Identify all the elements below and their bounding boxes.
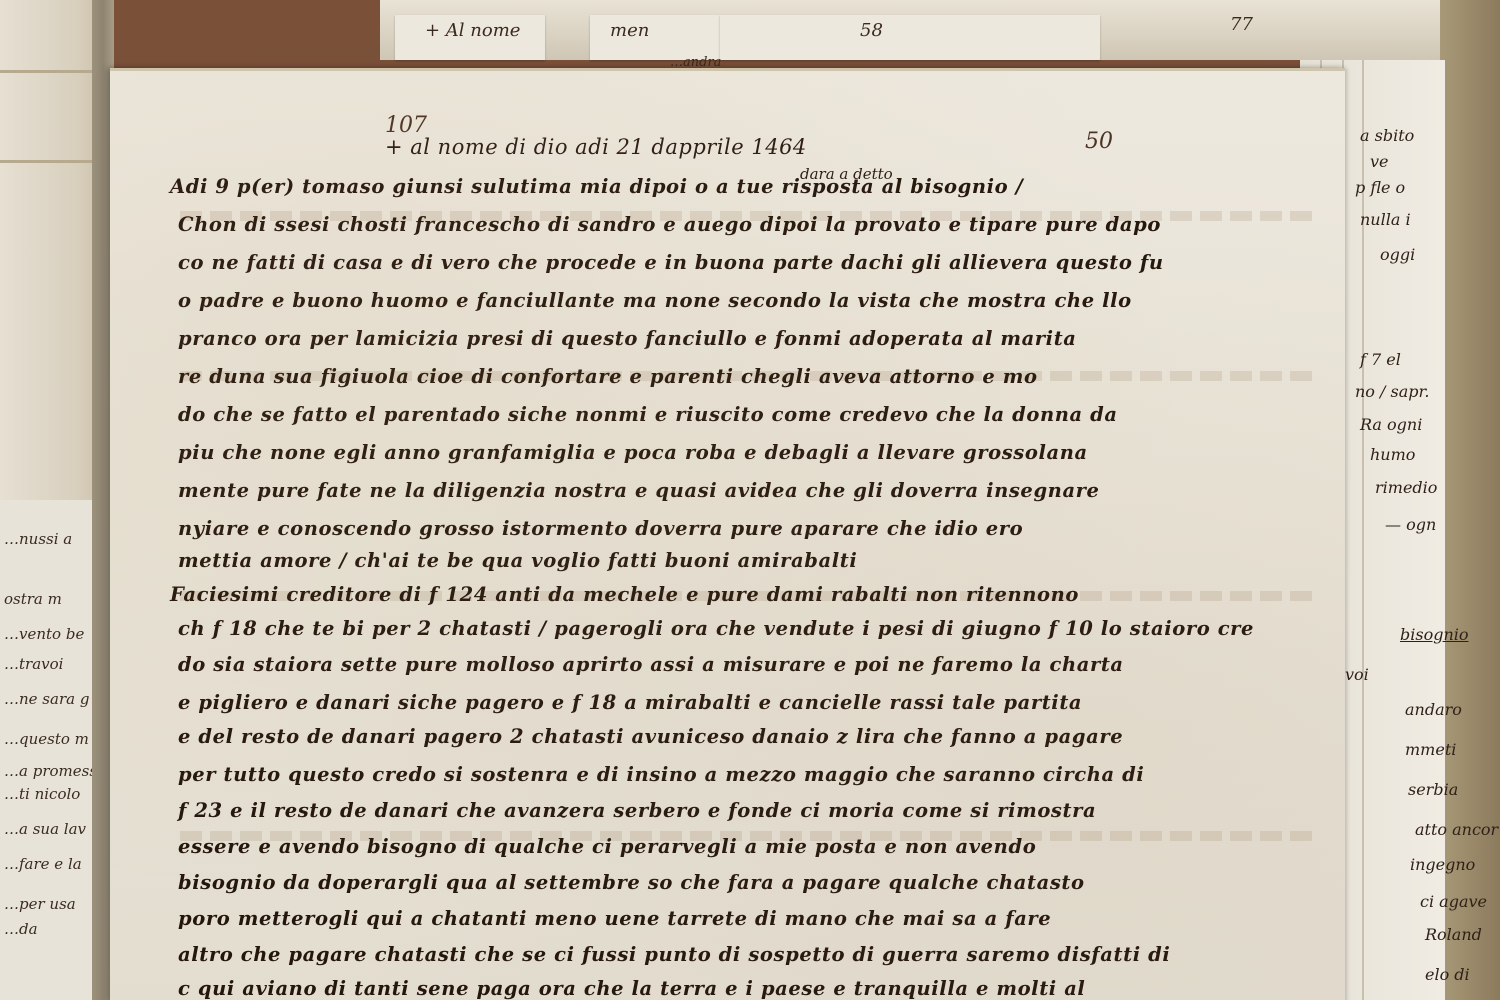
right-fragment-line: atto ancor [1415, 820, 1498, 839]
left-fragment-line: …travoi [4, 655, 63, 673]
manuscript-page: 107 50 + al nome di dio adi 21 dapprile … [110, 68, 1345, 1000]
letter-heading: + al nome di dio adi 21 dapprile 1464 [385, 135, 807, 159]
right-fragment-line: humo [1370, 445, 1415, 464]
left-fragment-line: …a promesse [4, 762, 92, 780]
interlinear-note: dara a detto [800, 165, 893, 183]
manuscript-line: do che se fatto el parentado siche nonmi… [178, 403, 1118, 426]
manuscript-line: o padre e buono huomo e fanciullante ma … [178, 289, 1132, 312]
right-fragment-line: nulla i [1360, 210, 1411, 229]
left-page-fragment: …nussi a ostra m …vento be …travoi …ne s… [0, 500, 92, 1000]
binding-cover-edge [1440, 0, 1500, 1000]
right-fragment-line: rimedio [1375, 478, 1437, 497]
left-fragment-line: …per usa [4, 895, 76, 913]
scrap-note-left: + Al nome [425, 20, 520, 41]
right-fragment-line: ingegno [1410, 855, 1475, 874]
right-fragment-line: f 7 el [1360, 350, 1401, 369]
manuscript-line: ch f 18 che te bi per 2 chatasti / pager… [178, 617, 1254, 640]
bleed-through [180, 591, 1315, 601]
manuscript-line: pranco ora per lamicizia presi di questo… [178, 327, 1077, 350]
folio-number-left: 107 [385, 113, 427, 138]
left-fragment-line: …da [4, 920, 38, 938]
right-fragment-line: bisognio [1400, 625, 1469, 644]
manuscript-line: e pigliero e danari siche pagero e f 18 … [178, 691, 1082, 714]
manuscript-line: c qui aviano di tanti sene paga ora che … [178, 977, 1085, 1000]
manuscript-line: bisognio da doperargli qua al settembre … [178, 871, 1085, 894]
manuscript-line: do sia staiora sette pure molloso aprirt… [178, 653, 1124, 676]
manuscript-line: per tutto questo credo si sostenra e di … [178, 763, 1144, 786]
left-fragment-line: …ne sara g [4, 690, 89, 708]
right-fragment-line: a sbito [1360, 126, 1414, 145]
right-fragment-line: serbia [1408, 780, 1458, 799]
right-fragment-line: andaro [1405, 700, 1462, 719]
manuscript-line: nyiare e conoscendo grosso istormento do… [178, 517, 1023, 540]
manuscript-line: co ne fatti di casa e di vero che proced… [178, 251, 1164, 274]
manuscript-line: Adi 9 p(er) tomaso giunsi sulutima mia d… [170, 175, 1023, 198]
manuscript-line: piu che none egli anno granfamiglia e po… [178, 441, 1088, 464]
bleed-through [180, 211, 1315, 221]
left-fragment-line: …vento be [4, 625, 84, 643]
scrap-tab-right [720, 15, 1100, 60]
left-fragment-line: …questo m [4, 730, 89, 748]
manuscript-line: essere e avendo bisogno di qualche ci pe… [178, 835, 1036, 858]
manuscript-line: f 23 e il resto de danari che avanzera s… [178, 799, 1096, 822]
bleed-through [180, 831, 1315, 841]
manuscript-line: mente pure fate ne la diligenzia nostra … [178, 479, 1100, 502]
left-fragment-line: …a sua lav [4, 820, 86, 838]
right-fragment-line: Ra ogni [1360, 415, 1422, 434]
manuscript-line: Chon di ssesi chosti francescho di sandr… [178, 213, 1161, 236]
manuscript-line: altro che pagare chatasti che se ci fuss… [178, 943, 1170, 966]
left-fragment-line: …fare e la [4, 855, 82, 873]
left-fragment-line: ostra m [4, 590, 62, 608]
right-fragment-line: voi [1345, 665, 1369, 684]
scrap-note-middle: men [610, 20, 649, 41]
right-fragment-line: ci agave [1420, 892, 1487, 911]
right-fragment-line: ve [1370, 152, 1389, 171]
manuscript-line: e del resto de danari pagero 2 chatasti … [178, 725, 1123, 748]
left-fragment-line: …ti nicolo [4, 785, 80, 803]
right-fragment-line: elo di [1425, 965, 1470, 984]
left-fragment-line: …nussi a [4, 530, 72, 548]
bleed-through [180, 371, 1315, 381]
page-edge [1362, 60, 1364, 1000]
right-fragment-line: — ogn [1385, 515, 1436, 534]
manuscript-line: re duna sua figiuola cioe di confortare … [178, 365, 1038, 388]
scrap-number-middle: 58 [860, 20, 883, 41]
manuscript-line: mettia amore / ch'ai te be qua voglio fa… [178, 549, 857, 572]
right-fragment-line: mmeti [1405, 740, 1456, 759]
top-torn-scraps: + Al nome men 58 77 …andra [380, 0, 1440, 60]
right-fragment-line: Roland [1425, 925, 1482, 944]
scrap-number-right: 77 [1230, 14, 1253, 35]
right-fragment-line: p fle o [1355, 178, 1405, 197]
manuscript-photo: + Al nome men 58 77 …andra …nussi a ostr… [0, 0, 1500, 1000]
manuscript-line: Faciesimi creditore di f 124 anti da mec… [170, 583, 1079, 606]
right-fragment-line: oggi [1380, 245, 1415, 264]
manuscript-line: poro metterogli qui a chatanti meno uene… [178, 907, 1051, 930]
right-fragment-line: no / sapr. [1355, 382, 1429, 401]
folio-number-right: 50 [1085, 129, 1113, 154]
